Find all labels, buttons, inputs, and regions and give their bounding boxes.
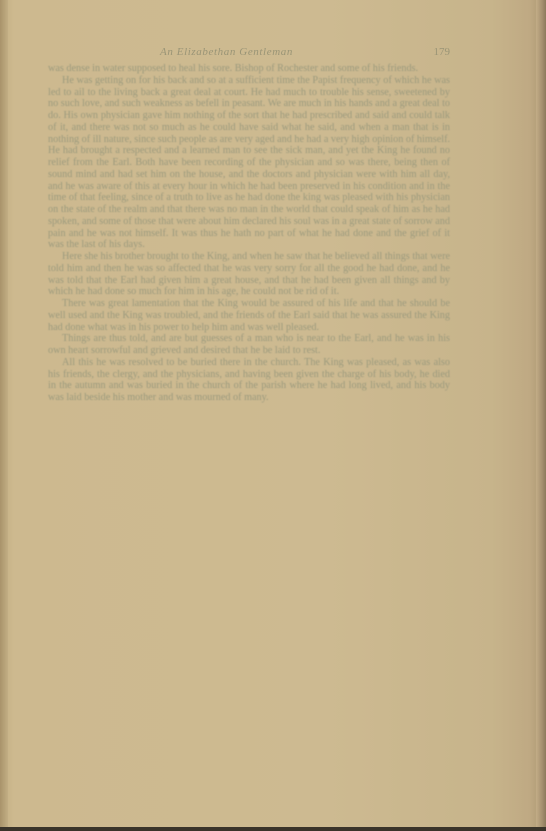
book-page: An Elizabethan Gentleman 179 was dense i… — [0, 0, 546, 831]
paragraph: There was great lamentation that the Kin… — [48, 298, 450, 333]
paragraph: Things are thus told, and are but guesse… — [48, 333, 450, 357]
scan-bottom-edge — [0, 827, 546, 831]
paragraph: He was getting on for his back and so at… — [48, 75, 450, 251]
paragraph: Here she his brother brought to the King… — [48, 251, 450, 298]
paragraph: All this he was resolved to be buried th… — [48, 357, 450, 404]
running-header: An Elizabethan Gentleman 179 — [48, 46, 450, 62]
body-text: was dense in water supposed to heal his … — [48, 63, 450, 404]
page-number: 179 — [434, 46, 451, 58]
paragraph: was dense in water supposed to heal his … — [48, 63, 450, 75]
page-edge — [536, 0, 546, 831]
page-gutter — [0, 0, 8, 831]
running-title: An Elizabethan Gentleman — [160, 46, 293, 58]
